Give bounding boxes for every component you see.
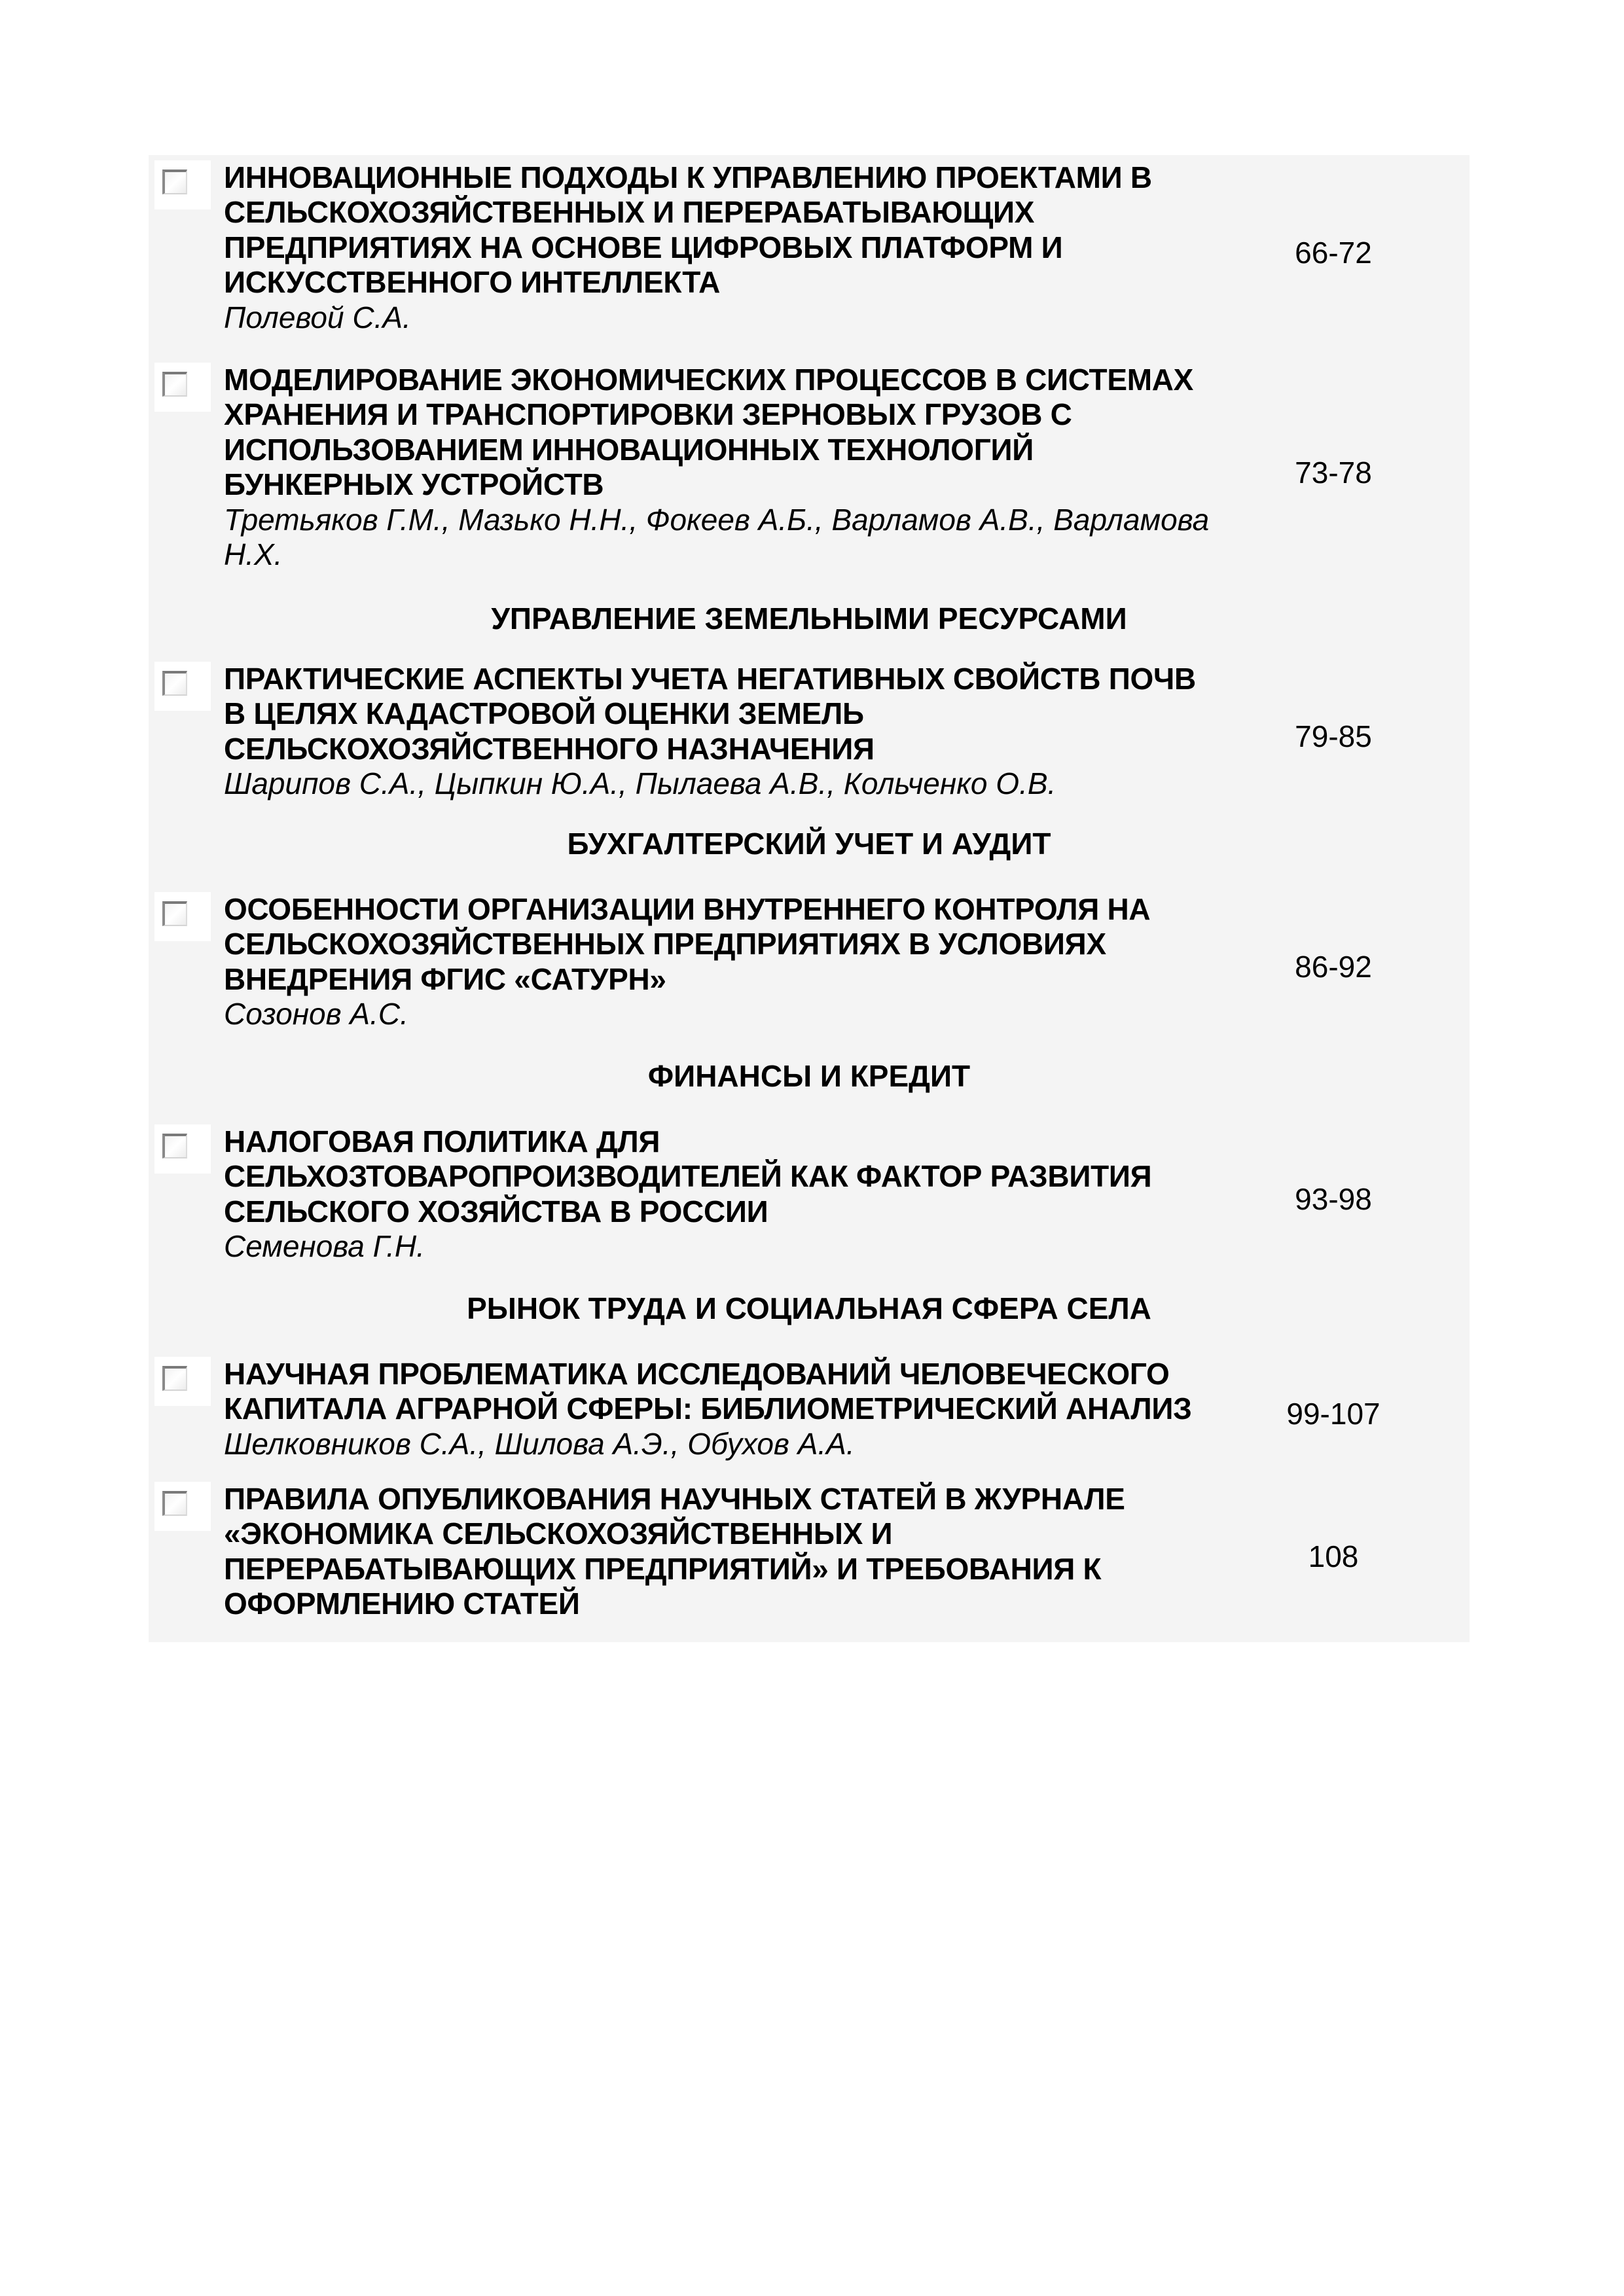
entry-text: ОСОБЕННОСТИ ОРГАНИЗАЦИИ ВНУТРЕННЕГО КОНТ… (224, 892, 1258, 1032)
checkbox-icon (162, 1134, 187, 1158)
entry-checkbox[interactable] (154, 1124, 211, 1174)
checkbox-icon (162, 901, 187, 926)
article-authors-line: Н.Х. (224, 537, 1258, 572)
page-range: 99-107 (1268, 1397, 1399, 1431)
section-heading: БУХГАЛТЕРСКИЙ УЧЕТ И АУДИТ (149, 827, 1470, 861)
article-title-line[interactable]: ИСКУССТВЕННОГО ИНТЕЛЛЕКТА (224, 265, 1258, 300)
article-title-line[interactable]: СЕЛЬХОЗТОВАРОПРОИЗВОДИТЕЛЕЙ КАК ФАКТОР Р… (224, 1159, 1258, 1194)
page-range: 66-72 (1268, 236, 1399, 270)
entry-text: НАЛОГОВАЯ ПОЛИТИКА ДЛЯСЕЛЬХОЗТОВАРОПРОИЗ… (224, 1124, 1258, 1265)
entry-checkbox[interactable] (154, 662, 211, 711)
article-title-line[interactable]: ИСПОЛЬЗОВАНИЕМ ИННОВАЦИОННЫХ ТЕХНОЛОГИЙ (224, 433, 1258, 467)
checkbox-icon (162, 170, 187, 194)
article-title-line[interactable]: ОСОБЕННОСТИ ОРГАНИЗАЦИИ ВНУТРЕННЕГО КОНТ… (224, 892, 1258, 927)
article-title-line[interactable]: «ЭКОНОМИКА СЕЛЬСКОХОЗЯЙСТВЕННЫХ И (224, 1516, 1258, 1551)
page-range: 86-92 (1268, 950, 1399, 984)
section-heading: УПРАВЛЕНИЕ ЗЕМЕЛЬНЫМИ РЕСУРСАМИ (149, 601, 1470, 636)
page-range: 73-78 (1268, 456, 1399, 490)
checkbox-icon (162, 1366, 187, 1391)
article-authors-line: Шелковников С.А., Шилова А.Э., Обухов А.… (224, 1427, 1258, 1462)
entry-checkbox[interactable] (154, 892, 211, 941)
entry-text: МОДЕЛИРОВАНИЕ ЭКОНОМИЧЕСКИХ ПРОЦЕССОВ В … (224, 363, 1258, 572)
article-title-line[interactable]: ИННОВАЦИОННЫЕ ПОДХОДЫ К УПРАВЛЕНИЮ ПРОЕК… (224, 160, 1258, 195)
article-title-line[interactable]: СЕЛЬСКОХОЗЯЙСТВЕННЫХ ПРЕДПРИЯТИЯХ В УСЛО… (224, 927, 1258, 961)
entry-text: ИННОВАЦИОННЫЕ ПОДХОДЫ К УПРАВЛЕНИЮ ПРОЕК… (224, 160, 1258, 335)
article-title-line[interactable]: ВНЕДРЕНИЯ ФГИС «САТУРН» (224, 962, 1258, 997)
article-title-line[interactable]: МОДЕЛИРОВАНИЕ ЭКОНОМИЧЕСКИХ ПРОЦЕССОВ В … (224, 363, 1258, 397)
entry-text: НАУЧНАЯ ПРОБЛЕМАТИКА ИССЛЕДОВАНИЙ ЧЕЛОВЕ… (224, 1357, 1258, 1462)
article-title-line[interactable]: ХРАНЕНИЯ И ТРАНСПОРТИРОВКИ ЗЕРНОВЫХ ГРУЗ… (224, 397, 1258, 432)
article-title-line[interactable]: СЕЛЬСКОГО ХОЗЯЙСТВА В РОССИИ (224, 1194, 1258, 1229)
article-title-line[interactable]: СЕЛЬСКОХОЗЯЙСТВЕННЫХ И ПЕРЕРАБАТЫВАЮЩИХ (224, 195, 1258, 230)
article-title-line[interactable]: ПРЕДПРИЯТИЯХ НА ОСНОВЕ ЦИФРОВЫХ ПЛАТФОРМ… (224, 230, 1258, 265)
entry-checkbox[interactable] (154, 363, 211, 412)
section-heading: ФИНАНСЫ И КРЕДИТ (149, 1059, 1470, 1094)
checkbox-icon (162, 671, 187, 696)
article-authors-line: Полевой С.А. (224, 300, 1258, 335)
entry-checkbox[interactable] (154, 160, 211, 209)
table-of-contents-panel: ИННОВАЦИОННЫЕ ПОДХОДЫ К УПРАВЛЕНИЮ ПРОЕК… (149, 155, 1470, 1642)
article-title-line[interactable]: ПРАВИЛА ОПУБЛИКОВАНИЯ НАУЧНЫХ СТАТЕЙ В Ж… (224, 1482, 1258, 1516)
article-authors-line: Третьяков Г.М., Мазько Н.Н., Фокеев А.Б.… (224, 503, 1258, 537)
article-title-line[interactable]: НАУЧНАЯ ПРОБЛЕМАТИКА ИССЛЕДОВАНИЙ ЧЕЛОВЕ… (224, 1357, 1258, 1391)
entry-text: ПРАКТИЧЕСКИЕ АСПЕКТЫ УЧЕТА НЕГАТИВНЫХ СВ… (224, 662, 1258, 802)
article-title-line[interactable]: ОФОРМЛЕНИЮ СТАТЕЙ (224, 1587, 1258, 1621)
article-title-line[interactable]: НАЛОГОВАЯ ПОЛИТИКА ДЛЯ (224, 1124, 1258, 1159)
article-authors-line: Семенова Г.Н. (224, 1229, 1258, 1264)
page-range: 79-85 (1268, 719, 1399, 754)
article-title-line[interactable]: СЕЛЬСКОХОЗЯЙСТВЕННОГО НАЗНАЧЕНИЯ (224, 732, 1258, 766)
article-title-line[interactable]: БУНКЕРНЫХ УСТРОЙСТВ (224, 467, 1258, 502)
entry-text: ПРАВИЛА ОПУБЛИКОВАНИЯ НАУЧНЫХ СТАТЕЙ В Ж… (224, 1482, 1258, 1622)
page-range: 93-98 (1268, 1182, 1399, 1217)
page-range: 108 (1268, 1539, 1399, 1574)
article-authors-line: Созонов А.С. (224, 997, 1258, 1031)
entry-checkbox[interactable] (154, 1482, 211, 1531)
checkbox-icon (162, 1491, 187, 1516)
checkbox-icon (162, 372, 187, 397)
section-heading: РЫНОК ТРУДА И СОЦИАЛЬНАЯ СФЕРА СЕЛА (149, 1291, 1470, 1326)
article-title-line[interactable]: ПЕРЕРАБАТЫВАЮЩИХ ПРЕДПРИЯТИЙ» И ТРЕБОВАН… (224, 1552, 1258, 1587)
article-title-line[interactable]: В ЦЕЛЯХ КАДАСТРОВОЙ ОЦЕНКИ ЗЕМЕЛЬ (224, 696, 1258, 731)
article-title-line[interactable]: КАПИТАЛА АГРАРНОЙ СФЕРЫ: БИБЛИОМЕТРИЧЕСК… (224, 1391, 1258, 1426)
entry-checkbox[interactable] (154, 1357, 211, 1406)
article-title-line[interactable]: ПРАКТИЧЕСКИЕ АСПЕКТЫ УЧЕТА НЕГАТИВНЫХ СВ… (224, 662, 1258, 696)
article-authors-line: Шарипов С.А., Цыпкин Ю.А., Пылаева А.В.,… (224, 766, 1258, 801)
